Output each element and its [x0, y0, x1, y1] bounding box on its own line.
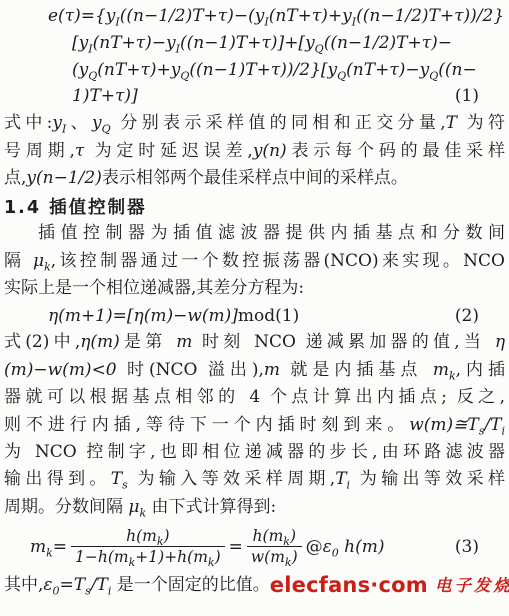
equation-3-tail: @ε0 h(m)	[306, 537, 385, 557]
equation-1-line-4: 1)T+τ)] (1)	[4, 83, 505, 110]
paragraph-3-line-1: 式(2)中,η(m)是第 m 时刻 NCO 递减累加器的值,当 η	[4, 329, 505, 356]
equation-3-equals: =	[229, 537, 243, 557]
watermark-chinese-text: 电子发烧友	[435, 571, 509, 600]
equation-1-number: (1)	[455, 83, 479, 110]
paragraph-4-text: 其中,ε0=Ts/Ti 是一个固定的比值。	[4, 571, 270, 600]
paragraph-2-line-1: 插值控制器为插值滤波器提供内插基点和分数间	[4, 220, 505, 247]
paragraph-1-line-2: 号周期,τ 为定时延迟误差,y(n)表示每个码的最佳采样	[4, 138, 505, 165]
paragraph-2-line-3: 实际上是一个相位递减器,其差分方程为:	[4, 275, 505, 302]
fraction-denominator: 1−h(mk+1)+h(mk)	[71, 546, 225, 567]
fraction-numerator: h(mk)	[122, 526, 173, 546]
equation-3-fraction-2: h(mk) w(mk)	[247, 526, 302, 567]
paragraph-3-line-6: 输出得到。Ts 为输入等效采样周期,Ti 为输出等效采样	[4, 466, 505, 493]
paragraph-3-line-2: (m)−w(m)<0 时(NCO 溢出),m 就是内插基点 mk,内插	[4, 357, 505, 384]
fraction-numerator: h(mk)	[249, 526, 300, 546]
paragraph-3-line-4: 则不进行内插,等待下一个内插时刻到来。w(m)≅Ts/Ti	[4, 412, 505, 439]
equation-1-line-2: [yI(nT+τ)−yI((n−1)T+τ)]+[yQ((n−1/2)T+τ)−	[4, 30, 505, 57]
equation-1-math: e(τ)={yI((n−1/2)T+τ)−(yI(nT+τ)+yI((n−1/2…	[48, 3, 504, 30]
paragraph-2-line-2: 隔 μk,该控制器通过一个数控振荡器(NCO)来实现。NCO	[4, 248, 505, 275]
paragraph-3-line-5: 为 NCO 控制字,也即相位递减器的步长,由环路滤波器	[4, 439, 505, 466]
watermark: elecfans·com 电子发烧友	[270, 571, 509, 600]
equation-2-number: (2)	[455, 303, 479, 330]
paragraph-1-line-1: 式中:yI、yQ 分别表示采样值的同相和正交分量,T 为符	[4, 110, 505, 137]
equation-1-math: [yI(nT+τ)−yI((n−1)T+τ)]+[yQ((n−1/2)T+τ)−	[72, 30, 452, 57]
equation-1-line-3: (yQ(nT+τ)+yQ((n−1)T+τ))/2}[yQ(nT+τ)−yQ((…	[4, 57, 505, 84]
scanned-paper-page: e(τ)={yI((n−1/2)T+τ)−(yI(nT+τ)+yI((n−1/2…	[0, 0, 509, 616]
equation-3-fraction-1: h(mk) 1−h(mk+1)+h(mk)	[71, 526, 225, 567]
paragraph-1-line-3: 点,y(n−1/2)表示相邻两个最佳采样点中间的采样点。	[4, 165, 505, 192]
section-heading: 1.4 插值控制器	[4, 196, 505, 220]
equation-2-math: η(m+1)=[η(m)−w(m)]mod(1)	[48, 303, 299, 330]
equation-2: η(m+1)=[η(m)−w(m)]mod(1) (2)	[4, 303, 505, 330]
equation-3: mk= h(mk) 1−h(mk+1)+h(mk) = h(mk) w(mk) …	[4, 522, 505, 571]
paragraph-4: 其中,ε0=Ts/Ti 是一个固定的比值。 elecfans·com 电子发烧友	[4, 571, 505, 600]
equation-3-lhs: mk=	[30, 537, 67, 557]
equation-1-math: (yQ(nT+τ)+yQ((n−1)T+τ))/2}[yQ(nT+τ)−yQ((…	[72, 57, 477, 84]
paragraph-3-line-3: 器就可以根据基点相邻的 4 个点计算出内插点; 反之,	[4, 384, 505, 411]
equation-1-math: 1)T+τ)]	[72, 83, 138, 110]
fraction-denominator: w(mk)	[247, 546, 302, 567]
elecfans-logo: elecfans·com	[270, 571, 428, 600]
paragraph-3-line-7: 周期。分数间隔 μk 由下式计算得到:	[4, 494, 505, 521]
equation-3-number: (3)	[455, 537, 479, 557]
equation-1-line-1: e(τ)={yI((n−1/2)T+τ)−(yI(nT+τ)+yI((n−1/2…	[4, 3, 505, 30]
